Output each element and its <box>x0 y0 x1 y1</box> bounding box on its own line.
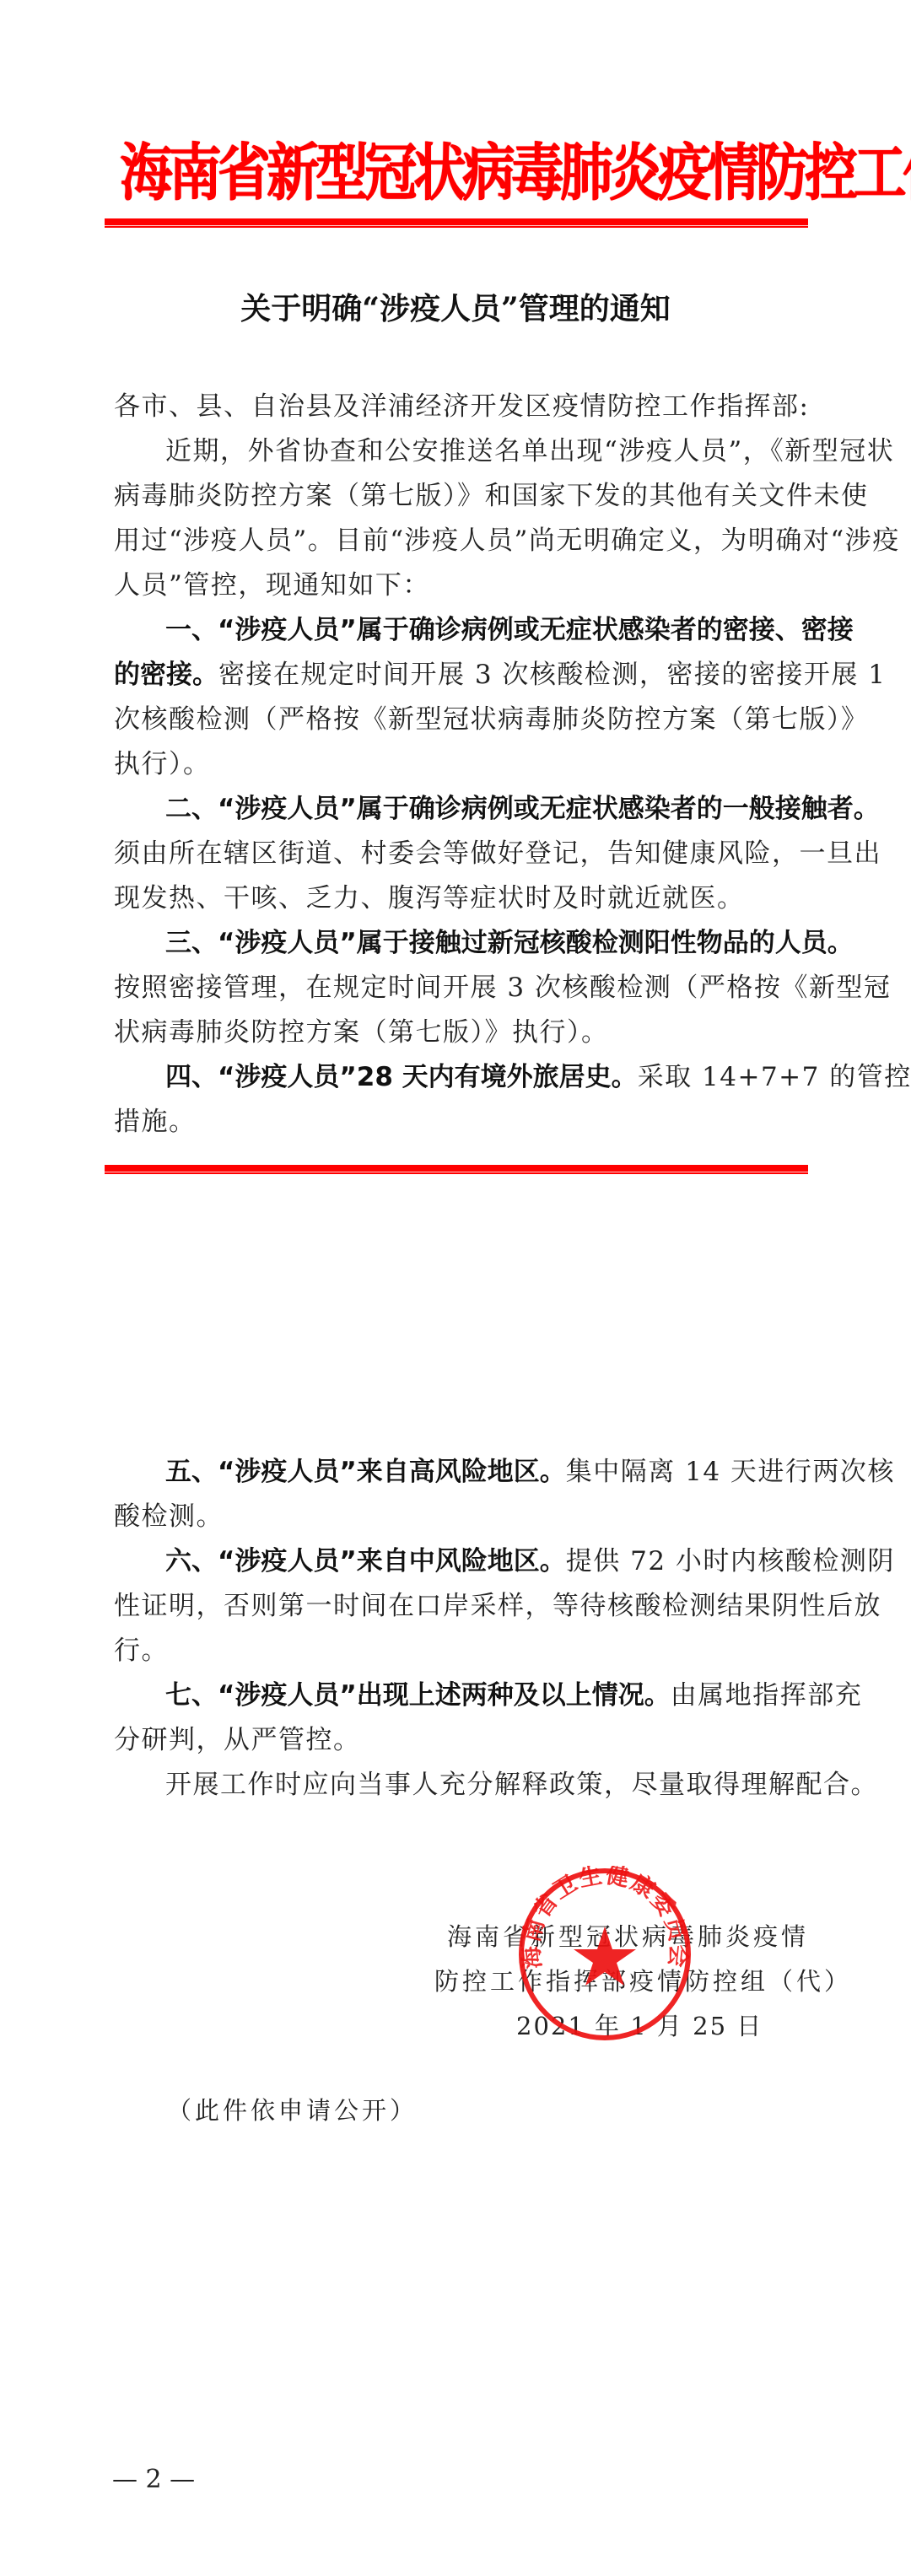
item-body-line: 行。 <box>114 1631 814 1670</box>
item-body-line: 措施。 <box>114 1102 814 1141</box>
item-body-line: 按照密接管理，在规定时间开展 3 次核酸检测（严格按《新型冠 <box>114 968 814 1007</box>
item-heading: 二、“涉疫人员”属于确诊病例或无症状感染者的一般接触者。 <box>165 790 815 828</box>
item-body: 由属地指挥部充 <box>671 1680 863 1711</box>
item-body: 采取 14+7+7 的管控 <box>638 1062 911 1092</box>
intro-line: 用过“涉疫人员”。目前“涉疫人员”尚无明确定义，为明确对“涉疫 <box>114 521 814 560</box>
item-heading: 五、“涉疫人员”来自高风险地区。 <box>165 1457 566 1487</box>
item-heading: 四、“涉疫人员”28 天内有境外旅居史。 <box>165 1062 638 1092</box>
org-header-title: 海南省新型冠状病毒肺炎疫情防控工作指挥部 <box>120 133 795 213</box>
item-heading-cont: 的密接。 <box>114 660 218 690</box>
page-number: — 2 — <box>112 2461 195 2498</box>
item-body-line: 分研判，从严管控。 <box>114 1721 814 1760</box>
header-red-rule <box>105 218 808 228</box>
item-heading: 一、“涉疫人员”属于确诊病例或无症状感染者的密接、密接 <box>165 611 815 649</box>
item-line: 四、“涉疫人员”28 天内有境外旅居史。采取 14+7+7 的管控 <box>165 1058 815 1097</box>
item-heading: 六、“涉疫人员”来自中风险地区。 <box>165 1546 566 1576</box>
signature-date: 2021 年 1 月 25 日 <box>516 2007 763 2045</box>
item-body-line: 性证明，否则第一时间在口岸采样，等待核酸检测结果阴性后放 <box>114 1587 814 1625</box>
item-body-line: 须由所在辖区街道、村委会等做好登记，告知健康风险，一旦出 <box>114 834 814 873</box>
closing-paragraph: 开展工作时应向当事人充分解释政策，尽量取得理解配合。 <box>165 1765 815 1804</box>
item-body: 提供 72 小时内核酸检测阴 <box>566 1546 895 1576</box>
item-heading: 三、“涉疫人员”属于接触过新冠核酸检测阳性物品的人员。 <box>165 924 815 962</box>
signature-org-line1: 海南省新型冠状病毒肺炎疫情 <box>447 1918 809 1955</box>
intro-line: 人员”管控，现通知如下： <box>114 566 814 605</box>
item-body-line: 次核酸检测（严格按《新型冠状病毒肺炎防控方案（第七版）》 <box>114 700 814 739</box>
document-page: 海南省新型冠状病毒肺炎疫情防控工作指挥部 关于明确“涉疫人员”管理的通知 各市、… <box>0 0 911 2576</box>
disclosure-note: （此件依申请公开） <box>167 2092 418 2129</box>
item-body: 密接在规定时间开展 3 次核酸检测，密接的密接开展 1 <box>218 660 887 690</box>
item-body-line: 状病毒肺炎防控方案（第七版）》执行）。 <box>114 1013 814 1052</box>
signature-org-line2: 防控工作指挥部疫情防控组（代） <box>434 1963 852 2000</box>
item-line: 七、“涉疫人员”出现上述两种及以上情况。由属地指挥部充 <box>165 1676 815 1715</box>
document-title: 关于明确“涉疫人员”管理的通知 <box>0 287 911 331</box>
item-body-line: 酸检测。 <box>114 1497 814 1536</box>
item-line: 六、“涉疫人员”来自中风险地区。提供 72 小时内核酸检测阴 <box>165 1542 815 1581</box>
addressee: 各市、县、自治县及洋浦经济开发区疫情防控工作指挥部: <box>114 387 814 426</box>
item-body-line: 执行）。 <box>114 745 814 784</box>
intro-line: 近期，外省协查和公安推送名单出现“涉疫人员”，《新型冠状 <box>165 432 815 471</box>
intro-line: 病毒肺炎防控方案（第七版）》和国家下发的其他有关文件未使 <box>114 477 814 515</box>
page-break-red-rule <box>105 1165 808 1174</box>
item-line: 的密接。密接在规定时间开展 3 次核酸检测，密接的密接开展 1 <box>114 655 814 694</box>
item-line: 五、“涉疫人员”来自高风险地区。集中隔离 14 天进行两次核 <box>165 1452 815 1491</box>
item-body: 集中隔离 14 天进行两次核 <box>566 1457 895 1487</box>
item-body-line: 现发热、干咳、乏力、腹泻等症状时及时就近就医。 <box>114 879 814 918</box>
item-heading: 七、“涉疫人员”出现上述两种及以上情况。 <box>165 1680 671 1711</box>
